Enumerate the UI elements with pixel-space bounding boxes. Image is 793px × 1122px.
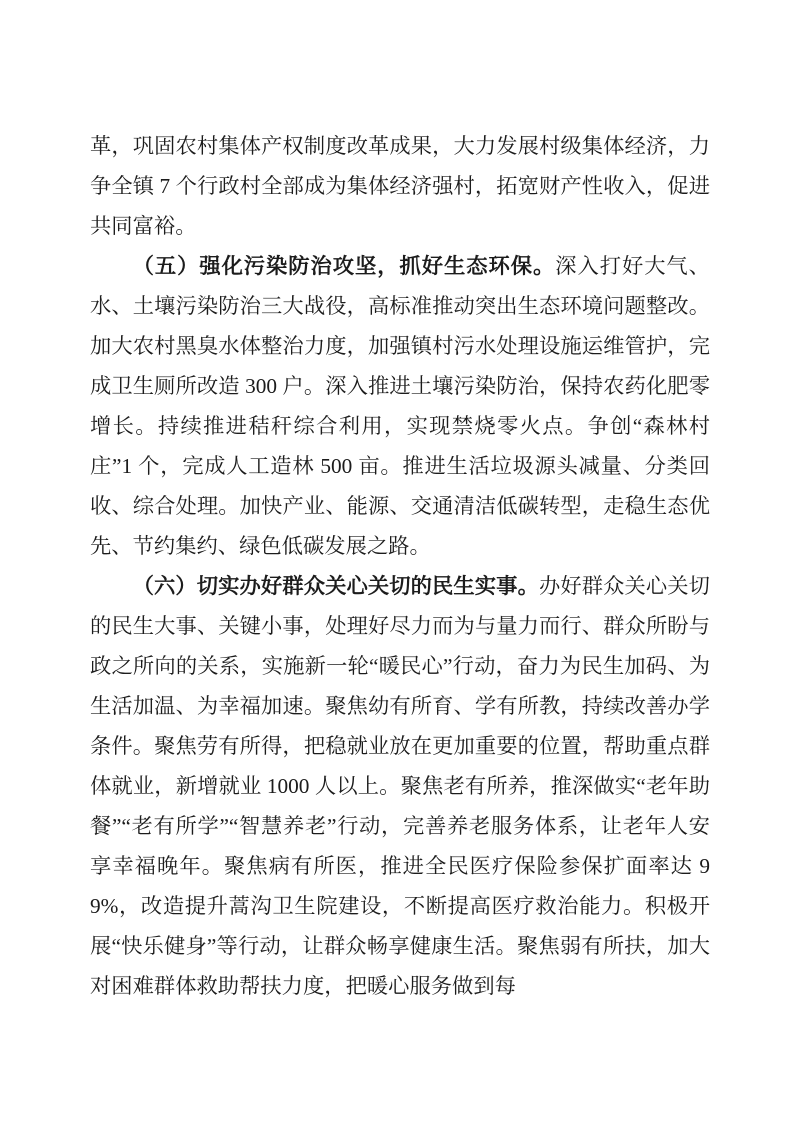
document-page: 革，巩固农村集体产权制度改革成果，大力发展村级集体经济，力争全镇 7 个行政村全… [0,0,793,1122]
body-text-run: 深入打好大气、水、土壤污染防治三大战役，高标准推动突出生态环境问题整改。加大农村… [90,254,710,558]
paragraph-section-6: （六）切实办好群众关心关切的民生实事。办好群众关心关切的民生大事、关键小事，处理… [90,566,710,1006]
section-6-heading-run: （六）切实办好群众关心关切的民生实事。 [133,574,539,598]
body-text-run: 办好群众关心关切的民生大事、关键小事，处理好尽力而为与量力而行、群众所盼与政之所… [90,574,710,998]
body-text-run: 革，巩固农村集体产权制度改革成果，大力发展村级集体经济，力争全镇 7 个行政村全… [90,134,710,238]
paragraph-section-5: （五）强化污染防治攻坚，抓好生态环保。深入打好大气、水、土壤污染防治三大战役，高… [90,246,710,566]
paragraph-continuation: 革，巩固农村集体产权制度改革成果，大力发展村级集体经济，力争全镇 7 个行政村全… [90,126,710,246]
section-5-heading-run: （五）强化污染防治攻坚，抓好生态环保。 [133,254,556,278]
